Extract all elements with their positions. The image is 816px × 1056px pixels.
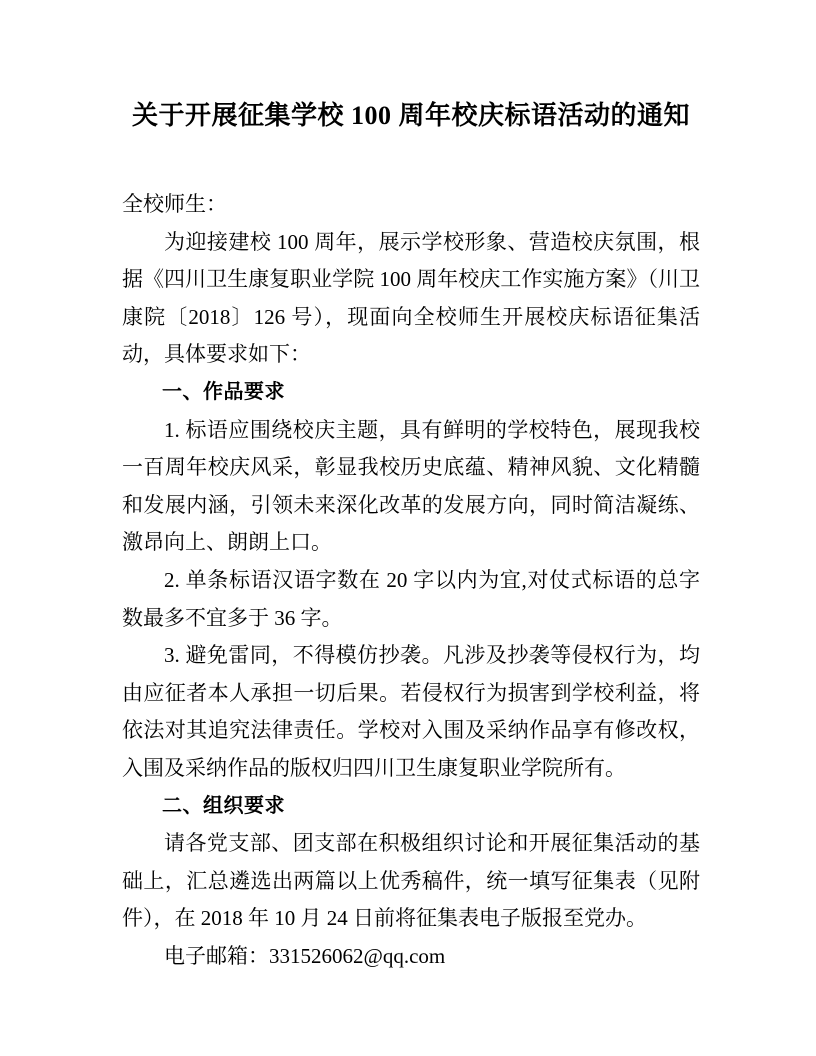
section2-heading: 二、组织要求 — [122, 788, 700, 826]
section1-item-3: 3. 避免雷同，不得模仿抄袭。凡涉及抄袭等侵权行为，均由应征者本人承担一切后果。… — [122, 637, 700, 787]
email-line: 电子邮箱：331526062@qq.com — [122, 938, 700, 976]
section1-item-2: 2. 单条标语汉语字数在 20 字以内为宜,对仗式标语的总字数最多不宜多于 36… — [122, 562, 700, 637]
section1-item-1: 1. 标语应围绕校庆主题，具有鲜明的学校特色，展现我校一百周年校庆风采，彰显我校… — [122, 412, 700, 562]
intro-paragraph: 为迎接建校 100 周年，展示学校形象、营造校庆氛围，根据《四川卫生康复职业学院… — [122, 224, 700, 374]
section2-body: 请各党支部、团支部在积极组织讨论和开展征集活动的基础上，汇总遴选出两篇以上优秀稿… — [122, 825, 700, 938]
document-title: 关于开展征集学校 100 周年校庆标语活动的通知 — [122, 96, 700, 136]
document-page: 关于开展征集学校 100 周年校庆标语活动的通知 全校师生： 为迎接建校 100… — [0, 0, 816, 1056]
section1-heading: 一、作品要求 — [122, 374, 700, 412]
salutation-line: 全校师生： — [122, 186, 700, 224]
